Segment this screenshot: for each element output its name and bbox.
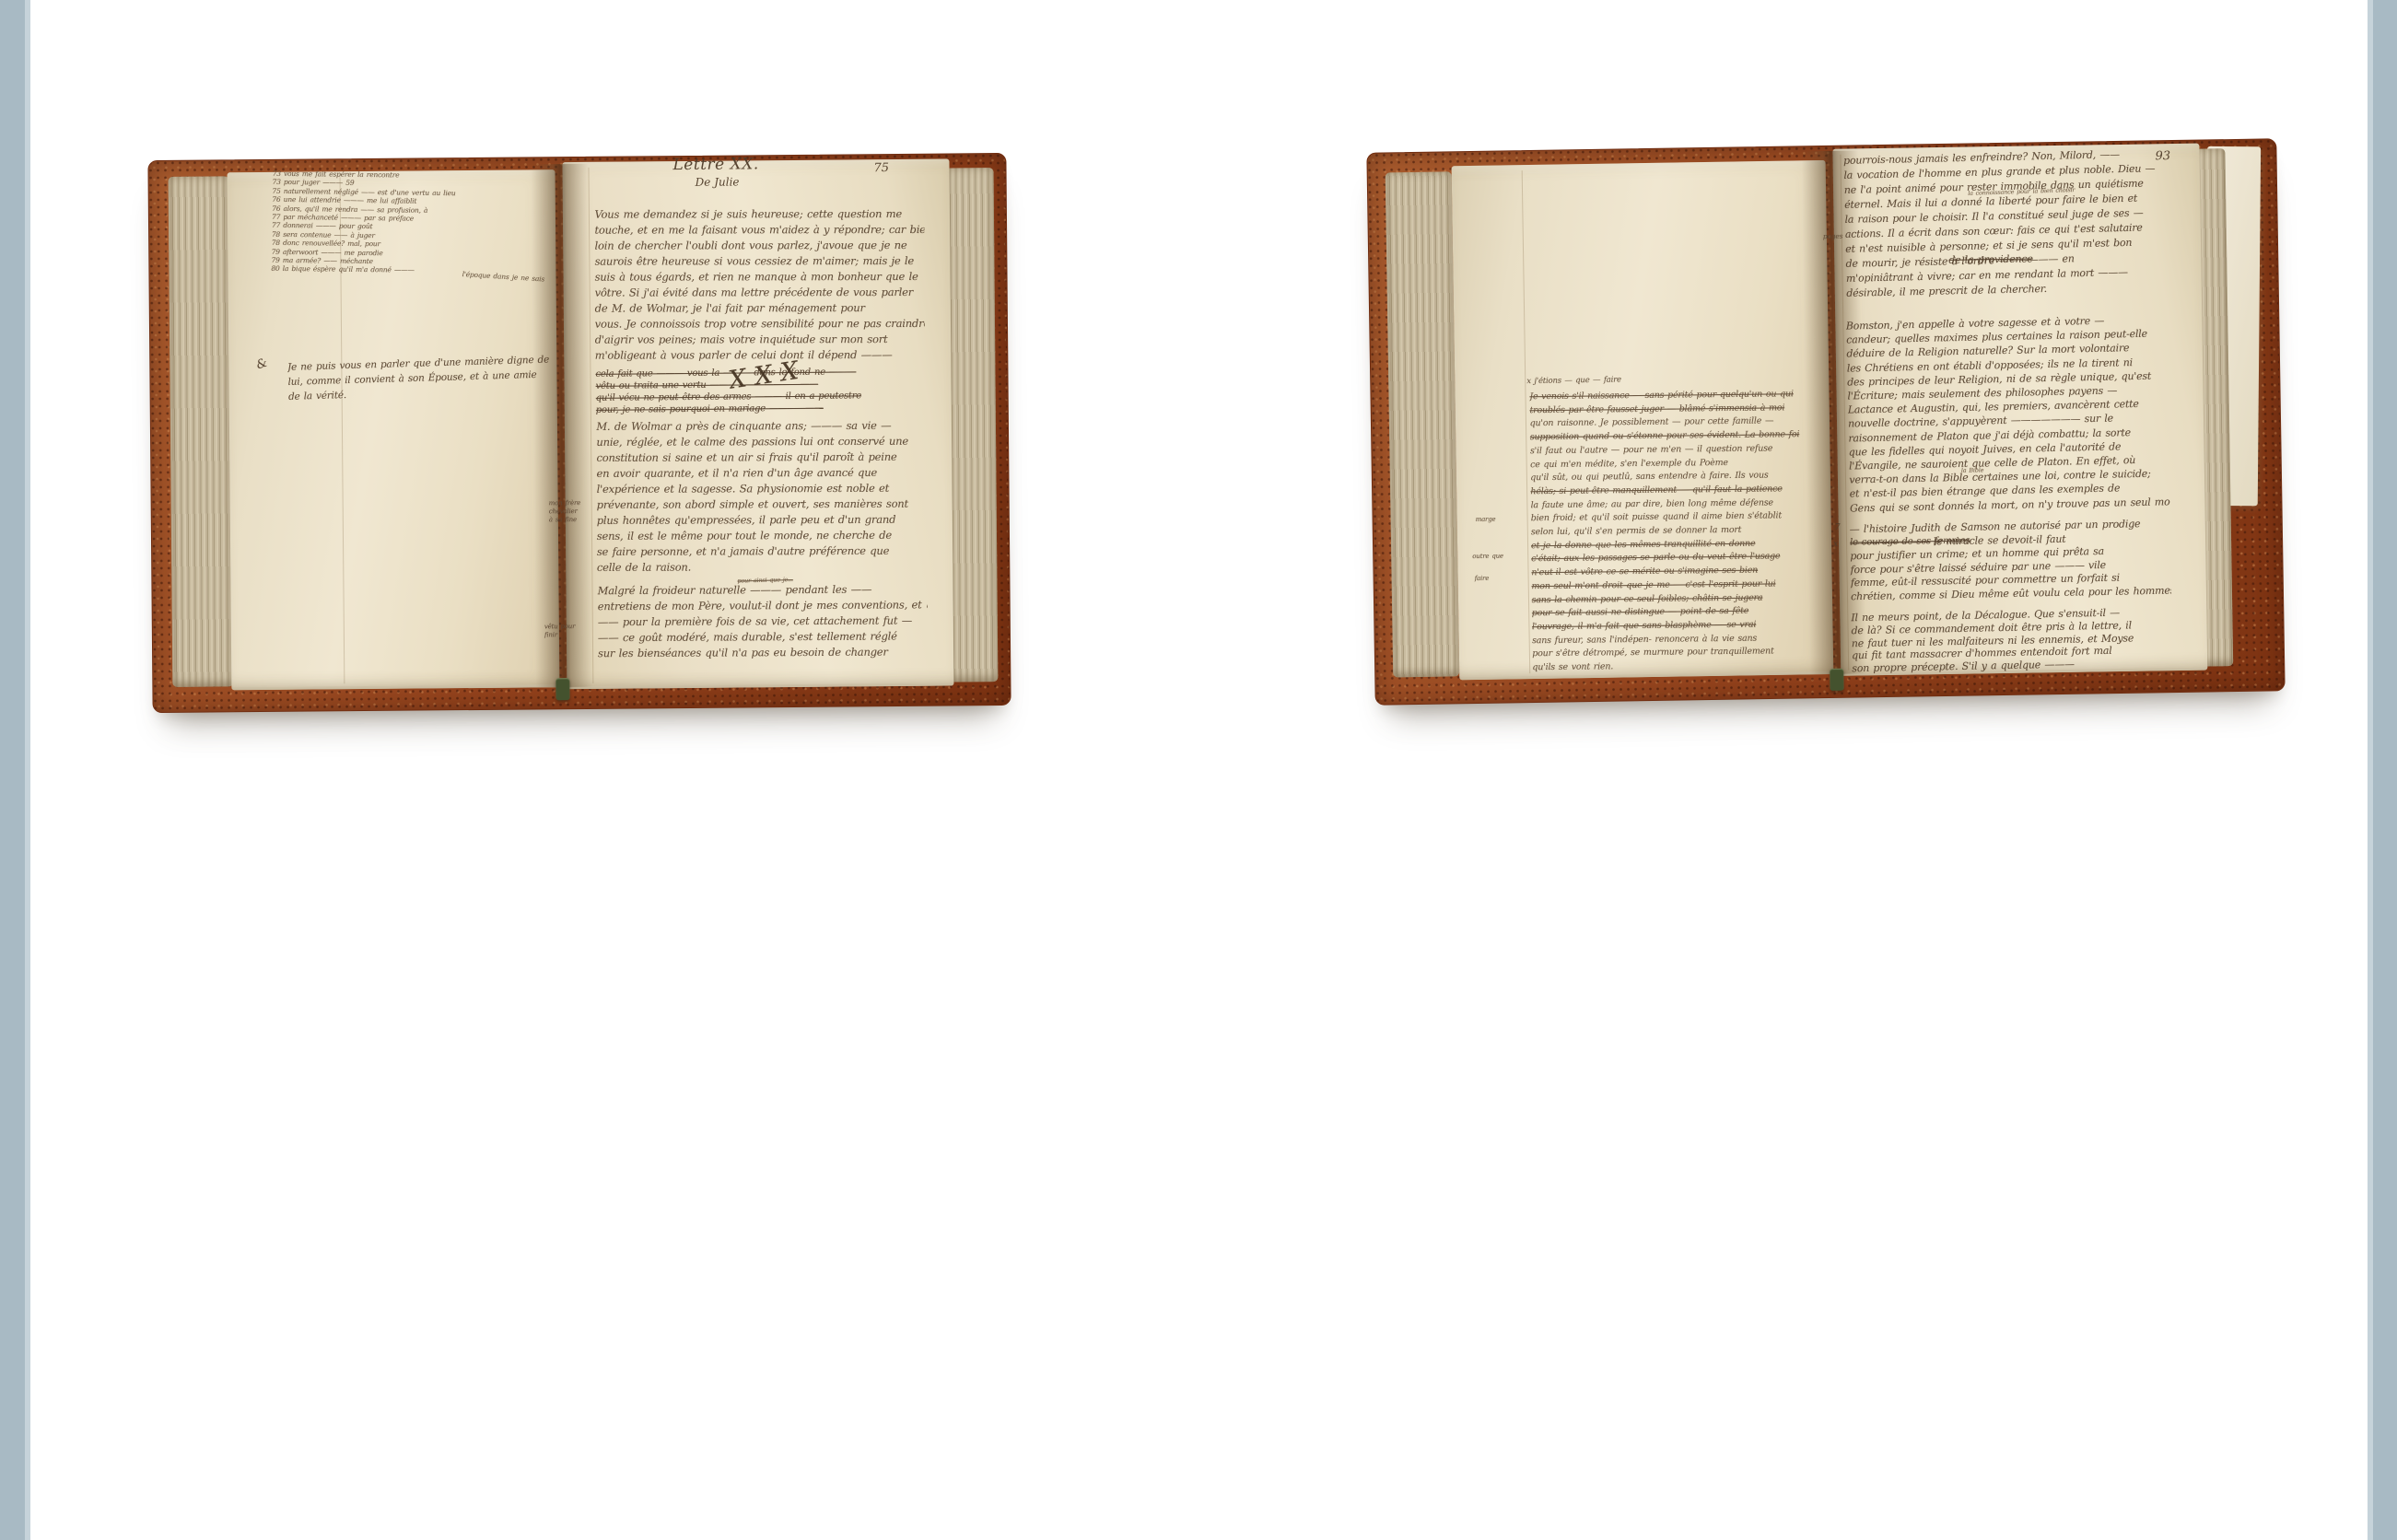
letter-title: Lettre XX. [672, 155, 758, 174]
handwriting-line: Malgré la froideur naturelle ——— pendant… [598, 581, 928, 599]
suicide-letter-1: pourrois-nous jamais les enfreindre? Non… [1843, 146, 2168, 301]
manuscript-book-right: x j'étions — que — faireJe venois s'il n… [1366, 138, 2285, 705]
handwriting-line: pour, je ne sais pourquoi en mariage ———… [596, 402, 926, 416]
catalog-photo-page: 73 vous me fait espérer la rencontre73 p… [0, 0, 2397, 1540]
suicide-letter-2: Bomston, j'en appelle à votre sagesse et… [1846, 312, 2170, 515]
handwriting-line: celle de la raison. [597, 559, 927, 576]
handwriting-line: le courage de ses femmes [1850, 535, 1973, 549]
strike-patch-1: de la providence [1948, 252, 2052, 267]
handwriting-line: suis à tous égards, et rien ne manque à … [595, 269, 925, 286]
interline-insert-3: la Bible [1961, 466, 2044, 473]
handwriting-line: chevalier [549, 507, 595, 516]
handwriting-line: la Bible [1961, 466, 2044, 473]
letter-body-3: Malgré la froideur naturelle ——— pendant… [598, 581, 928, 661]
handwriting-line: de M. de Wolmar, je l'ai fait par ménage… [595, 300, 925, 317]
right-margin-note-1: mon frèrechevalierà sa fine [549, 499, 595, 524]
letter-body-2: M. de Wolmar a près de cinquante ans; ——… [596, 418, 927, 576]
handwriting-line: d'aigrir vos peines; mais votre inquiétu… [595, 332, 925, 348]
handwriting-line: se faire personne, et n'a jamais d'autre… [597, 543, 927, 560]
handwriting-line: M. de Wolmar a près de cinquante ans; ——… [596, 418, 926, 435]
handwriting-layer: 73 vous me fait espérer la rencontre73 p… [147, 153, 1011, 713]
handwriting-line: x [1833, 540, 1848, 549]
handwriting-line: pages [1823, 231, 1860, 240]
handwriting-line: touche, et en me la faisant vous m'aidez… [594, 222, 924, 239]
left-page-note: Je ne puis vous en parler que d'une mani… [287, 352, 565, 404]
handwriting-line: —— ce goût modéré, mais durable, s'est t… [598, 628, 928, 646]
handwriting-line: Vous me demandez si je suis heureuse; ce… [594, 206, 924, 223]
handwriting-line: sens, il est le même pour tout le monde,… [597, 528, 927, 544]
handwriting-line: marge [1476, 515, 1527, 524]
handwriting-layer: x j'étions — que — faireJe venois s'il n… [1366, 138, 2285, 705]
margin-mark: & [255, 354, 280, 373]
revision-margin-a: marge [1476, 515, 1527, 524]
handwriting-line: à sa fine [549, 516, 595, 524]
revision-block: Je venois s'il naissance — sans périté p… [1529, 388, 1832, 675]
page-number: 75 [873, 161, 889, 175]
handwriting-line: x j'étions — que — faire [1526, 374, 1729, 386]
handwriting-line: saurois être heureuse si vous cessiez de… [595, 253, 925, 270]
handwriting-line: & [255, 354, 280, 373]
handwriting-line: mon frère [549, 499, 595, 507]
letter-subtitle: De Julie [696, 175, 740, 188]
left-margin-strip [0, 0, 30, 1540]
revision-margin-c: faire [1475, 574, 1526, 583]
revision-margin-b: outre que [1472, 552, 1527, 561]
handwriting-line: unie, réglée, et le calme des passions l… [596, 434, 926, 450]
suicide-letter-4: Il ne meurs point, de la Décalogue. Que … [1851, 606, 2172, 676]
handwriting-line: vêtu pour [544, 623, 594, 631]
page-number: 93 [2155, 149, 2170, 163]
handwriting-line: loin de chercher l'oubli dont vous parle… [595, 238, 925, 254]
paragraph-mark-x: x [1833, 540, 1848, 549]
paragraph-mark-7: 7 [1835, 523, 1850, 532]
handwriting-line: sur les bienséances qu'il n'a pas eu bes… [598, 644, 928, 661]
manuscript-book-left: 73 vous me fait espérer la rencontre73 p… [147, 153, 1011, 713]
handwriting-line: qu'ils se vont rien. [1532, 659, 1832, 675]
handwriting-line: 7 [1835, 523, 1850, 532]
handwriting-line: outre que [1472, 552, 1527, 561]
handwriting-line: —— pour la première fois de sa vie, cet … [598, 612, 928, 630]
right-margin-strip [2368, 0, 2397, 1540]
handwriting-line: constitution si saine et un air si frais… [596, 449, 926, 466]
handwriting-line: m'obligeant à vous parler de celui dont … [595, 347, 925, 364]
handwriting-line: plus honnêtes qu'empressées, il parle pe… [597, 512, 927, 529]
right-margin-note-2: vêtu pourfinir [544, 623, 594, 639]
handwriting-line: l'expérience et la sagesse. Sa physionom… [597, 481, 927, 497]
handwriting-line: finir [544, 631, 594, 639]
suicide-letter-3: — l'histoire Judith de Samson ne autoris… [1850, 518, 2172, 604]
margin-word-pages: pages [1823, 231, 1860, 240]
revision-mark: x j'étions — que — faire [1526, 374, 1729, 386]
handwriting-line: vous. Je connoissois trop votre sensibil… [595, 316, 925, 332]
handwriting-line: faire [1475, 574, 1526, 583]
handwriting-line: entretiens de mon Père, voulut-il dont j… [598, 597, 928, 614]
letter-body-1: Vous me demandez si je suis heureuse; ce… [594, 206, 924, 364]
handwriting-line: en avoir quarante, et il n'a rien d'un â… [596, 465, 926, 482]
handwriting-line: vôtre. Si j'ai évité dans ma lettre préc… [595, 285, 925, 301]
strike-patch-2: le courage de ses femmes [1850, 535, 1973, 549]
handwriting-line: prévenante, son abord simple et ouvert, … [597, 496, 927, 513]
handwriting-line: de la providence [1948, 252, 2052, 267]
correction-list: 73 vous me fait espérer la rencontre73 p… [271, 169, 548, 277]
